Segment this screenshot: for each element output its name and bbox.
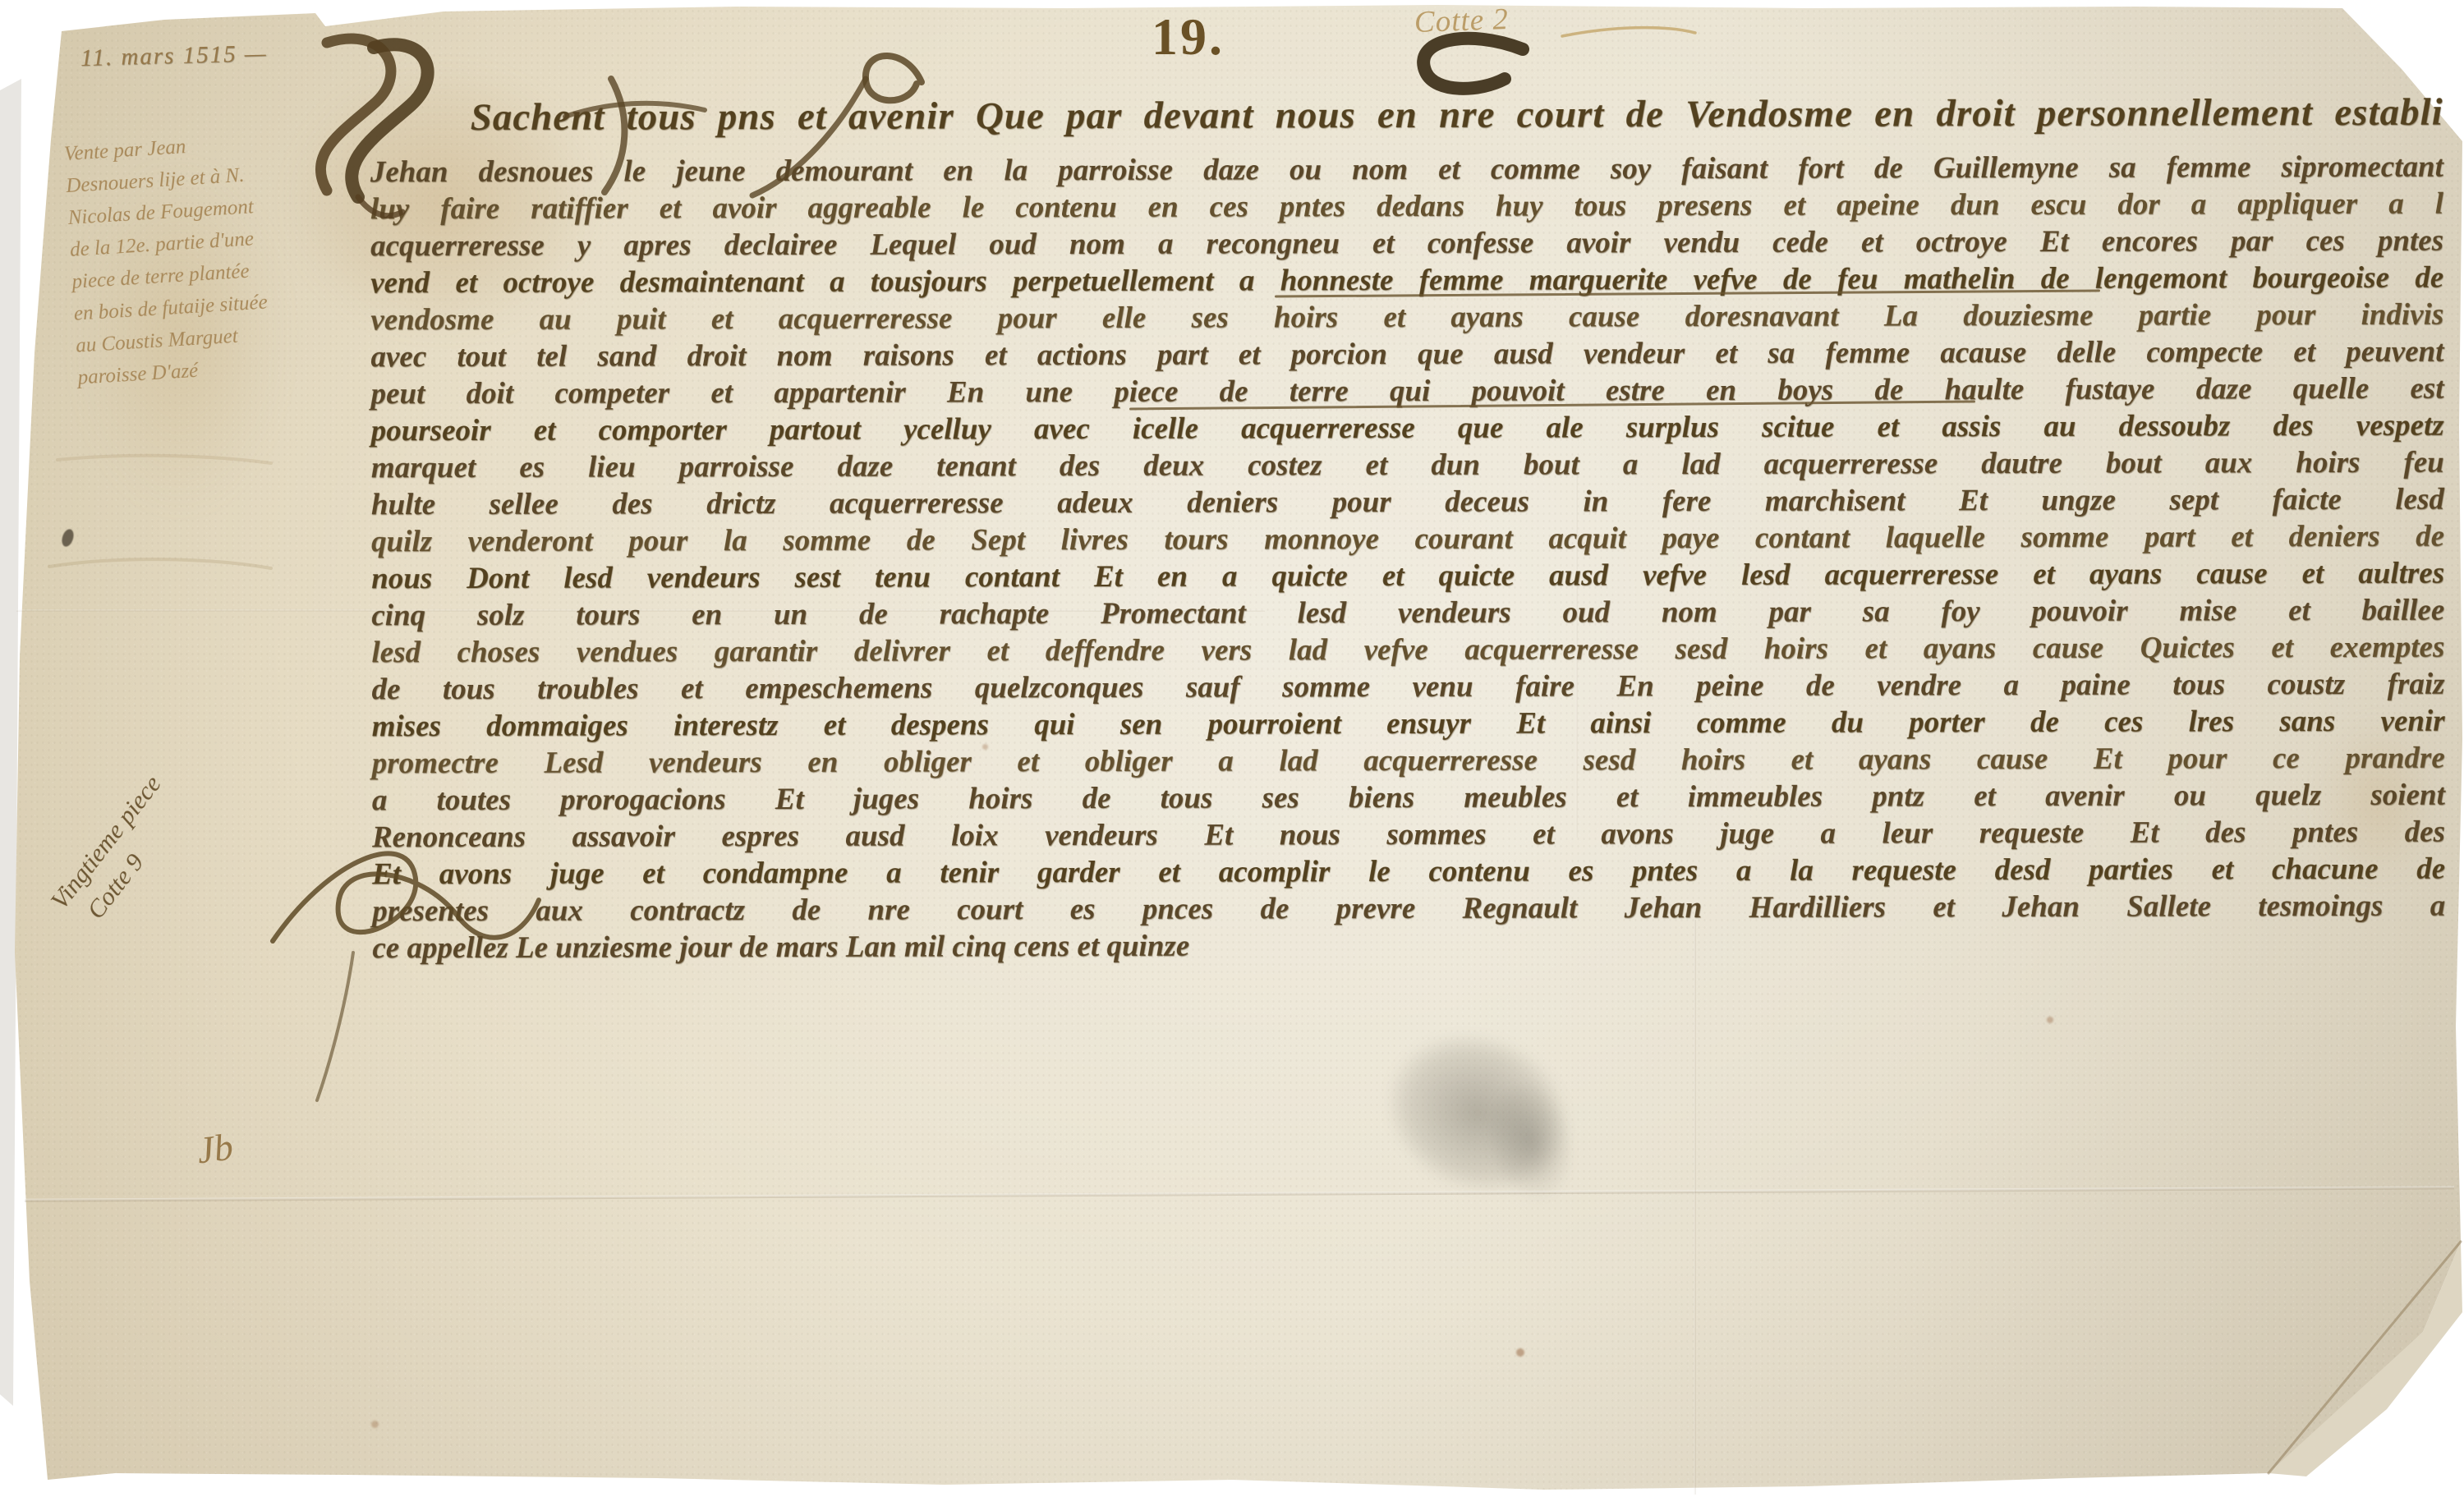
manuscript-text-line: hulte sellee des drictz acquerreresse ad… <box>371 481 2444 524</box>
manuscript-text-line: pourseoir et comporter partout ycelluy a… <box>371 407 2444 450</box>
scanned-parchment-photo: 11. mars 1515 — 19. Cotte 2 Vente par Je… <box>0 0 2464 1497</box>
margin-summary-note: Vente par JeanDesnouers lije et à N.Nico… <box>63 118 398 393</box>
archival-document-number: 19. <box>1152 7 1225 67</box>
manuscript-text-line: mises dommaiges interestz et despens qui… <box>372 703 2445 746</box>
manuscript-text-line: Jehan desnoues le jeune demourant en la … <box>370 149 2443 191</box>
manuscript-text-line: Sachent tous pns et avenir Que par devan… <box>370 76 2443 154</box>
manuscript-text-line: presentes aux contractz de nre court es … <box>372 888 2445 930</box>
manuscript-text-line: cinq solz tours en un de rachapte Promec… <box>371 592 2444 635</box>
manuscript-text-line: promectre Lesd vendeurs en obliger et ob… <box>372 740 2445 783</box>
cote-annotation: Cotte 2 <box>1414 2 1509 40</box>
manuscript-text-line: luy faire ratiffier et avoir aggreable l… <box>370 186 2443 228</box>
manuscript-text-line: de tous troubles et empeschemens quelzco… <box>371 666 2444 709</box>
notary-paraph-bottom-left: Jb <box>195 1125 236 1173</box>
manuscript-text-line: ce appellez Le unziesme jour de mars Lan… <box>372 925 2445 967</box>
manuscript-text-line: Et avons juge et condampne a tenir garde… <box>372 851 2445 893</box>
manuscript-body-text: Sachent tous pns et avenir Que par devan… <box>370 76 2446 967</box>
manuscript-text-line: quilz venderont pour la somme de Sept li… <box>371 518 2444 561</box>
manuscript-text-line: nous Dont lesd vendeurs sest tenu contan… <box>371 555 2444 598</box>
manuscript-text-line: marquet es lieu parroisse daze tenant de… <box>371 444 2444 487</box>
manuscript-text-line: avec tout tel sand droit nom raisons et … <box>370 333 2443 376</box>
manuscript-text-line: acquerreresse y apres declairee Lequel o… <box>370 223 2443 265</box>
manuscript-text-line: lesd choses vendues garantir delivrer et… <box>371 629 2444 672</box>
manuscript-text-line: vendosme au puit et acquerreresse pour e… <box>370 296 2443 339</box>
archival-date-note: 11. mars 1515 — <box>80 40 268 72</box>
manuscript-text-line: Renonceans assavoir espres ausd loix ven… <box>372 814 2445 856</box>
manuscript-text-line: a toutes prorogacions Et juges hoirs de … <box>372 777 2445 820</box>
